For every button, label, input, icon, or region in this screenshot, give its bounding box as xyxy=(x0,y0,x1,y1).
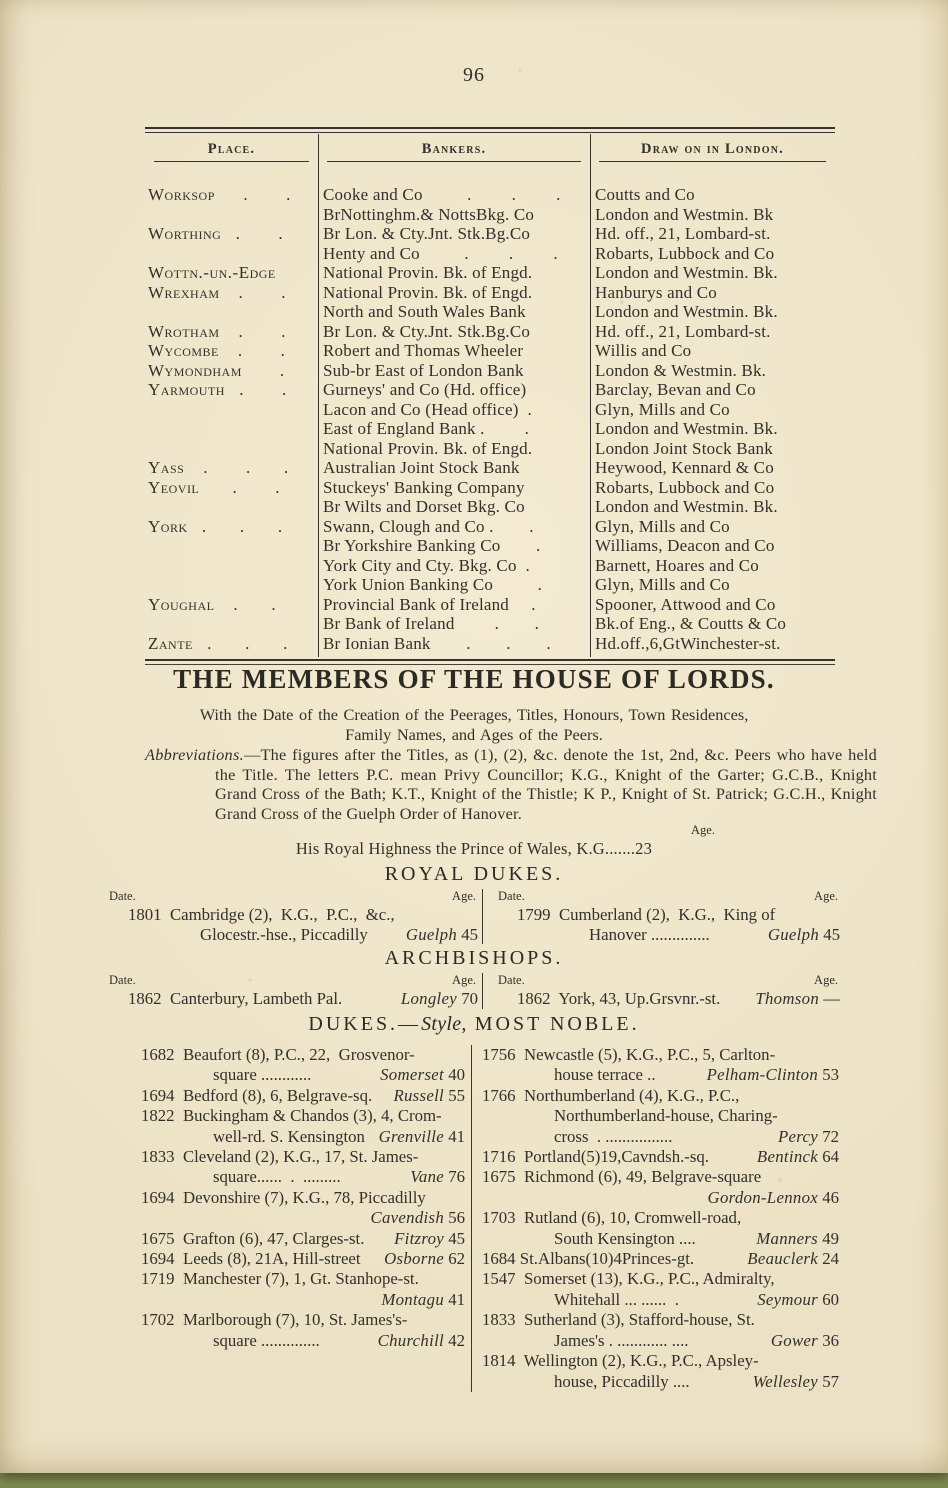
bankers-cell: Br Wilts and Dorset Bkg. Co xyxy=(318,497,590,517)
peer-entry-text: 1833 Cleveland (2), K.G., 17, St. James- xyxy=(141,1147,418,1167)
bankers-cell: Br Lon. & Cty.Jnt. Stk.Bg.Co xyxy=(318,322,590,342)
drawon-cell: Glyn, Mills and Co xyxy=(590,400,835,420)
drawon-cell: Glyn, Mills and Co xyxy=(590,575,835,595)
peer-entry-text: 1766 Northumberland (4), K.G., P.C., xyxy=(482,1086,739,1106)
peer-entry: 1694 Leeds (8), 21A, Hill-streetOsborne … xyxy=(141,1249,465,1269)
table-row: Worksop . .Cooke and Co . . .Coutts and … xyxy=(145,185,835,205)
peer-entry-line: 1547 Somerset (13), K.G., P.C., Admiralt… xyxy=(482,1269,839,1289)
drawon-cell: Willis and Co xyxy=(590,341,835,361)
drawon-cell: London and Westmin. Bk xyxy=(590,205,835,225)
peer-entry: 1814 Wellington (2), K.G., P.C., Apsley-… xyxy=(482,1351,839,1392)
peer-entry: 1682 Beaufort (8), P.C., 22, Grosvenor-s… xyxy=(141,1045,465,1086)
column-label-row: Date. Age. xyxy=(496,973,840,987)
peer-surname-age: Osborne 62 xyxy=(384,1249,465,1269)
table-row: Br Bank of Ireland . .Bk.of Eng., & Cout… xyxy=(145,614,835,634)
peer-entry-text: cross . ................ xyxy=(554,1127,672,1147)
peer-entry-line: 1833 Sutherland (3), Stafford-house, St. xyxy=(482,1310,839,1330)
peer-entry-text: Glocestr.-hse., Piccadilly xyxy=(200,925,368,945)
prince-of-wales-line: His Royal Highness the Prince of Wales, … xyxy=(104,839,844,859)
peer-entry-line: 1703 Rutland (6), 10, Cromwell-road, xyxy=(482,1208,839,1228)
peer-surname-age: Guelph 45 xyxy=(768,925,840,945)
bankers-table-body: Worksop . .Cooke and Co . . .Coutts and … xyxy=(145,178,835,658)
peer-surname-age: Pelham-Clinton 53 xyxy=(707,1065,839,1085)
peer-entry-line: cross . ................Percy 72 xyxy=(482,1127,839,1147)
drawon-cell: London & Westmin. Bk. xyxy=(590,361,835,381)
peer-entry: 1702 Marlborough (7), 10, St. James's-sq… xyxy=(141,1310,465,1351)
peer-entry-text: James's . ............ .... xyxy=(554,1331,688,1351)
place-cell xyxy=(145,556,318,576)
bankers-cell: York Union Banking Co . xyxy=(318,575,590,595)
peer-entry-text: 1547 Somerset (13), K.G., P.C., Admiralt… xyxy=(482,1269,775,1289)
archbishops-heading: ARCHBISHOPS. xyxy=(104,947,844,970)
place-cell: Yarmouth . . xyxy=(145,380,318,400)
peer-entry-line: Hanover ..............Guelph 45 xyxy=(496,925,840,945)
table-row: Henty and Co . . .Robarts, Lubbock and C… xyxy=(145,244,835,264)
place-cell xyxy=(145,439,318,459)
subtitle-line: Family Names, and Ages of the Peers. xyxy=(104,725,844,745)
place-cell xyxy=(145,497,318,517)
peer-entry: 1833 Cleveland (2), K.G., 17, St. James-… xyxy=(141,1147,465,1188)
drawon-cell: Bk.of Eng., & Coutts & Co xyxy=(590,614,835,634)
table-row: York City and Cty. Bkg. Co .Barnett, Hoa… xyxy=(145,556,835,576)
peer-entry-text: 1702 Marlborough (7), 10, St. James's- xyxy=(141,1310,407,1330)
peer-entry-text: 1675 Richmond (6), 49, Belgrave-square xyxy=(482,1167,761,1187)
peer-surname-age: Beauclerk 24 xyxy=(747,1249,839,1269)
peer-entry-line: Cavendish 56 xyxy=(141,1208,465,1228)
table-row: Lacon and Co (Head office) .Glyn, Mills … xyxy=(145,400,835,420)
place-cell xyxy=(145,575,318,595)
peer-entry: 1684 St.Albans(10)4Princes-gt.Beauclerk … xyxy=(482,1249,839,1269)
peer-entry-text: house, Piccadilly .... xyxy=(554,1372,690,1392)
date-column-label: Date. xyxy=(498,973,525,987)
peer-entry: 1862 York, 43, Up.Grsvnr.-st.Thomson — xyxy=(496,989,840,1009)
peer-entry-line: 1716 Portland(5)19,Cavndsh.-sq.Bentinck … xyxy=(482,1147,839,1167)
bankers-cell: Sub-br East of London Bank xyxy=(318,361,590,381)
house-of-lords-section: THE MEMBERS OF THE HOUSE OF LORDS. With … xyxy=(104,660,844,1473)
table-row: Yeovil . .Stuckeys' Banking CompanyRobar… xyxy=(145,478,835,498)
peer-entry-text: square...... . ......... xyxy=(213,1167,341,1187)
peer-entry-line: well-rd. S. KensingtonGrenville 41 xyxy=(141,1127,465,1147)
age-column-label: Age. xyxy=(691,823,715,838)
peer-surname-age: Percy 72 xyxy=(778,1127,839,1147)
drawon-cell: Spooner, Attwood and Co xyxy=(590,595,835,615)
drawon-cell: London Joint Stock Bank xyxy=(590,439,835,459)
peer-entry-text: 1703 Rutland (6), 10, Cromwell-road, xyxy=(482,1208,741,1228)
subtitle-line: With the Date of the Creation of the Pee… xyxy=(104,705,844,725)
bankers-cell: Br Bank of Ireland . . xyxy=(318,614,590,634)
peer-surname-age: Vane 76 xyxy=(410,1167,465,1187)
peer-entry: 1719 Manchester (7), 1, Gt. Stanhope-st.… xyxy=(141,1269,465,1310)
peer-entry-text: 1694 Leeds (8), 21A, Hill-street xyxy=(141,1249,361,1269)
peer-entry-text: 1675 Grafton (6), 47, Clarges-st. xyxy=(141,1229,364,1249)
peer-surname-age: Wellesley 57 xyxy=(753,1372,839,1392)
peer-entry-line: Montagu 41 xyxy=(141,1290,465,1310)
bankers-cell: National Provin. Bk. of Engd. xyxy=(318,263,590,283)
table-row: BrNottinghm.& NottsBkg. CoLondon and Wes… xyxy=(145,205,835,225)
peer-surname-age: Fitzroy 45 xyxy=(394,1229,465,1249)
drawon-cell: Barnett, Hoares and Co xyxy=(590,556,835,576)
peer-surname-age: Russell 55 xyxy=(393,1086,465,1106)
peer-entry-text: 1716 Portland(5)19,Cavndsh.-sq. xyxy=(482,1147,709,1167)
peer-entry-text: 1684 St.Albans(10)4Princes-gt. xyxy=(482,1249,694,1269)
peer-entry-text: 1719 Manchester (7), 1, Gt. Stanhope-st. xyxy=(141,1269,419,1289)
table-row: Wrexham . .National Provin. Bk. of Engd.… xyxy=(145,283,835,303)
drawon-cell: Robarts, Lubbock and Co xyxy=(590,244,835,264)
place-cell: Yass . . . xyxy=(145,458,318,478)
drawon-cell: Heywood, Kennard & Co xyxy=(590,458,835,478)
peer-entry: 1703 Rutland (6), 10, Cromwell-road,Sout… xyxy=(482,1208,839,1249)
peer-entry: 1801 Cambridge (2), K.G., P.C., &c.,Gloc… xyxy=(107,905,478,944)
peer-entry: 1833 Sutherland (3), Stafford-house, St.… xyxy=(482,1310,839,1351)
dukes-left-column: 1682 Beaufort (8), P.C., 22, Grosvenor-s… xyxy=(141,1045,471,1392)
peer-entry-text: 1694 Devonshire (7), K.G., 78, Piccadill… xyxy=(141,1188,426,1208)
peer-surname-age: Cavendish 56 xyxy=(370,1208,465,1228)
bankers-cell: Robert and Thomas Wheeler xyxy=(318,341,590,361)
peer-entry-line: 1694 Leeds (8), 21A, Hill-streetOsborne … xyxy=(141,1249,465,1269)
header-cell-place: Place. xyxy=(145,141,318,178)
peer-entry-text: 1694 Bedford (8), 6, Belgrave-sq. xyxy=(141,1086,372,1106)
header-label-bankers: Bankers. xyxy=(422,141,487,157)
peer-entry: 1862 Canterbury, Lambeth Pal.Longley 70 xyxy=(107,989,478,1009)
bankers-table-header: Place. Bankers. Draw on in London. xyxy=(145,133,835,178)
peer-entry-text: South Kensington .... xyxy=(554,1229,696,1249)
place-cell: Worthing . . xyxy=(145,224,318,244)
abbreviations-paragraph: Abbreviations.—The figures after the Tit… xyxy=(145,745,877,823)
place-cell: Wottn.-un.-Edge xyxy=(145,263,318,283)
drawon-cell: Williams, Deacon and Co xyxy=(590,536,835,556)
place-cell: Worksop . . xyxy=(145,185,318,205)
peer-entry-line: Whitehall ... ...... .Seymour 60 xyxy=(482,1290,839,1310)
peer-entry-text: well-rd. S. Kensington xyxy=(213,1127,365,1147)
peer-entry-text: square ............ xyxy=(213,1065,311,1085)
peer-surname-age: Guelph 45 xyxy=(406,925,478,945)
dukes-right-column: 1756 Newcastle (5), K.G., P.C., 5, Carlt… xyxy=(472,1045,844,1392)
table-row: Yass . . .Australian Joint Stock BankHey… xyxy=(145,458,835,478)
bankers-cell: National Provin. Bk. of Engd. xyxy=(318,283,590,303)
peer-entry-line: 1675 Grafton (6), 47, Clarges-st.Fitzroy… xyxy=(141,1229,465,1249)
peer-entry-line: 1684 St.Albans(10)4Princes-gt.Beauclerk … xyxy=(482,1249,839,1269)
header-label-draw-on-in-london: Draw on in London. xyxy=(641,141,784,157)
bankers-cell: Henty and Co . . . xyxy=(318,244,590,264)
table-row: Br Yorkshire Banking Co .Williams, Deaco… xyxy=(145,536,835,556)
peer-entry: 1694 Bedford (8), 6, Belgrave-sq.Russell… xyxy=(141,1086,465,1106)
table-row: Wottn.-un.-EdgeNational Provin. Bk. of E… xyxy=(145,263,835,283)
peer-entry-line: 1799 Cumberland (2), K.G., King of xyxy=(496,905,840,925)
peer-entry-list: 1801 Cambridge (2), K.G., P.C., &c.,Gloc… xyxy=(107,905,478,944)
bankers-cell: East of England Bank . . xyxy=(318,419,590,439)
place-cell xyxy=(145,205,318,225)
peer-entry-line: 1766 Northumberland (4), K.G., P.C., xyxy=(482,1086,839,1106)
royal-dukes-left-column: Date. Age. 1801 Cambridge (2), K.G., P.C… xyxy=(104,889,482,944)
peer-entry-text: 1756 Newcastle (5), K.G., P.C., 5, Carlt… xyxy=(482,1045,775,1065)
peer-entry-line: Gordon-Lennox 46 xyxy=(482,1188,839,1208)
peer-entry: 1766 Northumberland (4), K.G., P.C.,Nort… xyxy=(482,1086,839,1147)
age-column-label: Age. xyxy=(814,973,838,987)
peer-entry-text: 1862 York, 43, Up.Grsvnr.-st. xyxy=(517,989,720,1009)
place-cell: Wymondham . xyxy=(145,361,318,381)
bankers-cell: BrNottinghm.& NottsBkg. Co xyxy=(318,205,590,225)
peer-entry-list: 1682 Beaufort (8), P.C., 22, Grosvenor-s… xyxy=(141,1045,465,1351)
peer-entry-text: 1862 Canterbury, Lambeth Pal. xyxy=(128,989,342,1009)
table-row: Zante . . .Br Ionian Bank . . .Hd.off.,6… xyxy=(145,634,835,654)
archbishops-right-column: Date. Age. 1862 York, 43, Up.Grsvnr.-st.… xyxy=(483,973,844,1009)
place-cell xyxy=(145,614,318,634)
peer-entry-line: Glocestr.-hse., PiccadillyGuelph 45 xyxy=(107,925,478,945)
peer-entry-line: South Kensington ....Manners 49 xyxy=(482,1229,839,1249)
place-cell: Wrexham . . xyxy=(145,283,318,303)
peer-entry-line: square ............Somerset 40 xyxy=(141,1065,465,1085)
peer-surname-age: Manners 49 xyxy=(756,1229,839,1249)
bankers-cell: National Provin. Bk. of Engd. xyxy=(318,439,590,459)
peer-surname-age: Thomson — xyxy=(755,989,840,1009)
column-label-row: Date. Age. xyxy=(496,889,840,903)
peer-entry-line: James's . ............ ....Gower 36 xyxy=(482,1331,839,1351)
date-column-label: Date. xyxy=(109,973,136,987)
peer-entry: 1547 Somerset (13), K.G., P.C., Admiralt… xyxy=(482,1269,839,1310)
peer-entry: 1799 Cumberland (2), K.G., King ofHanove… xyxy=(496,905,840,944)
peer-surname-age: Gordon-Lennox 46 xyxy=(708,1188,839,1208)
drawon-cell: London and Westmin. Bk. xyxy=(590,419,835,439)
peer-entry-line: square ..............Churchill 42 xyxy=(141,1331,465,1351)
table-row: Br Wilts and Dorset Bkg. CoLondon and We… xyxy=(145,497,835,517)
peer-entry: 1694 Devonshire (7), K.G., 78, Piccadill… xyxy=(141,1188,465,1229)
bankers-cell: Provincial Bank of Ireland . xyxy=(318,595,590,615)
peer-surname-age: Somerset 40 xyxy=(380,1065,465,1085)
book-page: 96 Place. Bankers. Draw on in London. Wo… xyxy=(0,0,948,1473)
place-cell xyxy=(145,244,318,264)
peer-entry-line: 1702 Marlborough (7), 10, St. James's- xyxy=(141,1310,465,1330)
peer-entry: 1716 Portland(5)19,Cavndsh.-sq.Bentinck … xyxy=(482,1147,839,1167)
peer-entry-line: 1694 Devonshire (7), K.G., 78, Piccadill… xyxy=(141,1188,465,1208)
peer-entry-line: 1833 Cleveland (2), K.G., 17, St. James- xyxy=(141,1147,465,1167)
bankers-table: Place. Bankers. Draw on in London. Works… xyxy=(145,127,835,665)
archbishops-left-column: Date. Age. 1862 Canterbury, Lambeth Pal.… xyxy=(104,973,482,1009)
place-cell: Youghal . . xyxy=(145,595,318,615)
peer-entry-line: house, Piccadilly ....Wellesley 57 xyxy=(482,1372,839,1392)
table-row: East of England Bank . .London and Westm… xyxy=(145,419,835,439)
drawon-cell: Glyn, Mills and Co xyxy=(590,517,835,537)
peer-entry: 1822 Buckingham & Chandos (3), 4, Crom-w… xyxy=(141,1106,465,1147)
peer-entry-list: 1862 Canterbury, Lambeth Pal.Longley 70 xyxy=(107,989,478,1009)
peer-entry: 1675 Grafton (6), 47, Clarges-st.Fitzroy… xyxy=(141,1229,465,1249)
age-column-label: Age. xyxy=(814,889,838,903)
drawon-cell: London and Westmin. Bk. xyxy=(590,263,835,283)
peer-entry-list: 1862 York, 43, Up.Grsvnr.-st.Thomson — xyxy=(496,989,840,1009)
peer-entry-line: 1756 Newcastle (5), K.G., P.C., 5, Carlt… xyxy=(482,1045,839,1065)
peer-entry-line: Northumberland-house, Charing- xyxy=(482,1106,839,1126)
peer-entry-line: 1675 Richmond (6), 49, Belgrave-square xyxy=(482,1167,839,1187)
bankers-cell: Br Ionian Bank . . . xyxy=(318,634,590,654)
peer-entry-text: Northumberland-house, Charing- xyxy=(554,1106,778,1126)
peer-entry-text: Whitehall ... ...... . xyxy=(554,1290,679,1310)
place-cell: Wycombe . . xyxy=(145,341,318,361)
royal-dukes-right-column: Date. Age. 1799 Cumberland (2), K.G., Ki… xyxy=(483,889,844,944)
header-underline xyxy=(327,161,581,162)
peer-surname-age: Churchill 42 xyxy=(378,1331,465,1351)
peer-entry-text: square .............. xyxy=(213,1331,320,1351)
peer-entry: 1675 Richmond (6), 49, Belgrave-squareGo… xyxy=(482,1167,839,1208)
bankers-cell: Swann, Clough and Co . . xyxy=(318,517,590,537)
table-row: Wycombe . .Robert and Thomas WheelerWill… xyxy=(145,341,835,361)
place-cell xyxy=(145,302,318,322)
column-label-row: Date. Age. xyxy=(107,973,478,987)
bankers-cell: Br Lon. & Cty.Jnt. Stk.Bg.Co xyxy=(318,224,590,244)
drawon-cell: Hd. off., 21, Lombard-st. xyxy=(590,322,835,342)
bankers-cell: Br Yorkshire Banking Co . xyxy=(318,536,590,556)
age-column-label: Age. xyxy=(452,973,476,987)
section-subtitle: With the Date of the Creation of the Pee… xyxy=(104,705,844,744)
peer-surname-age: Bentinck 64 xyxy=(757,1147,839,1167)
peer-entry-text: 1814 Wellington (2), K.G., P.C., Apsley- xyxy=(482,1351,759,1371)
bankers-cell: Gurneys' and Co (Hd. office) xyxy=(318,380,590,400)
header-cell-bankers: Bankers. xyxy=(318,141,590,178)
peer-entry-text: 1822 Buckingham & Chandos (3), 4, Crom- xyxy=(141,1106,442,1126)
table-row: York . . .Swann, Clough and Co . .Glyn, … xyxy=(145,517,835,537)
date-column-label: Date. xyxy=(498,889,525,903)
peer-surname-age: Seymour 60 xyxy=(757,1290,839,1310)
bankers-cell: Stuckeys' Banking Company xyxy=(318,478,590,498)
table-row: National Provin. Bk. of Engd.London Join… xyxy=(145,439,835,459)
bankers-cell: Cooke and Co . . . xyxy=(318,185,590,205)
header-cell-draw-on-in-london: Draw on in London. xyxy=(590,141,835,178)
peer-entry-line: 1694 Bedford (8), 6, Belgrave-sq.Russell… xyxy=(141,1086,465,1106)
peer-entry-line: house terrace ..Pelham-Clinton 53 xyxy=(482,1065,839,1085)
drawon-cell: Barclay, Bevan and Co xyxy=(590,380,835,400)
drawon-cell: Hanburys and Co xyxy=(590,283,835,303)
drawon-cell: Coutts and Co xyxy=(590,185,835,205)
royal-dukes-columns: Date. Age. 1801 Cambridge (2), K.G., P.C… xyxy=(104,889,844,944)
bankers-cell: North and South Wales Bank xyxy=(318,302,590,322)
table-column-divider xyxy=(590,134,591,657)
peer-surname-age: Grenville 41 xyxy=(379,1127,465,1147)
peer-entry-line: square...... . .........Vane 76 xyxy=(141,1167,465,1187)
drawon-cell: Hd. off., 21, Lombard-st. xyxy=(590,224,835,244)
section-title: THE MEMBERS OF THE HOUSE OF LORDS. xyxy=(104,664,844,695)
drawon-cell: Robarts, Lubbock and Co xyxy=(590,478,835,498)
peer-entry-text: 1833 Sutherland (3), Stafford-house, St. xyxy=(482,1310,755,1330)
place-cell: Wrotham . . xyxy=(145,322,318,342)
header-label-place: Place. xyxy=(208,141,255,157)
peer-entry-text: 1682 Beaufort (8), P.C., 22, Grosvenor- xyxy=(141,1045,415,1065)
peer-entry-list: 1756 Newcastle (5), K.G., P.C., 5, Carlt… xyxy=(482,1045,839,1392)
table-row: Yarmouth . .Gurneys' and Co (Hd. office)… xyxy=(145,380,835,400)
peer-entry-line: 1862 Canterbury, Lambeth Pal.Longley 70 xyxy=(107,989,478,1009)
place-cell: York . . . xyxy=(145,517,318,537)
bankers-cell: York City and Cty. Bkg. Co . xyxy=(318,556,590,576)
date-column-label: Date. xyxy=(109,889,136,903)
peer-surname-age: Longley 70 xyxy=(401,989,478,1009)
dukes-columns: 1682 Beaufort (8), P.C., 22, Grosvenor-s… xyxy=(104,1045,844,1392)
header-underline xyxy=(599,161,826,162)
peer-entry-text: Hanover .............. xyxy=(589,925,710,945)
table-row: Wrotham . .Br Lon. & Cty.Jnt. Stk.Bg.CoH… xyxy=(145,322,835,342)
place-cell: Yeovil . . xyxy=(145,478,318,498)
bankers-cell: Australian Joint Stock Bank xyxy=(318,458,590,478)
table-row: North and South Wales BankLondon and Wes… xyxy=(145,302,835,322)
drawon-cell: London and Westmin. Bk. xyxy=(590,497,835,517)
archbishops-columns: Date. Age. 1862 Canterbury, Lambeth Pal.… xyxy=(104,973,844,1009)
peer-entry-line: 1862 York, 43, Up.Grsvnr.-st.Thomson — xyxy=(496,989,840,1009)
royal-dukes-heading: ROYAL DUKES. xyxy=(104,863,844,886)
peer-surname-age: Gower 36 xyxy=(771,1331,839,1351)
peer-surname-age: Montagu 41 xyxy=(381,1290,465,1310)
table-column-divider xyxy=(318,134,319,657)
peer-entry-text: 1801 Cambridge (2), K.G., P.C., &c., xyxy=(128,905,395,925)
table-row: Worthing . .Br Lon. & Cty.Jnt. Stk.Bg.Co… xyxy=(145,224,835,244)
peer-entry-line: 1682 Beaufort (8), P.C., 22, Grosvenor- xyxy=(141,1045,465,1065)
page-number: 96 xyxy=(0,64,948,87)
peer-entry: 1756 Newcastle (5), K.G., P.C., 5, Carlt… xyxy=(482,1045,839,1086)
table-row: Youghal . .Provincial Bank of Ireland .S… xyxy=(145,595,835,615)
place-cell xyxy=(145,400,318,420)
peer-entry-line: 1822 Buckingham & Chandos (3), 4, Crom- xyxy=(141,1106,465,1126)
place-cell xyxy=(145,536,318,556)
column-label-row: Date. Age. xyxy=(107,889,478,903)
dukes-heading: DUKES.—Style, MOST NOBLE. xyxy=(104,1013,844,1036)
peer-entry-line: 1801 Cambridge (2), K.G., P.C., &c., xyxy=(107,905,478,925)
peer-entry-text: house terrace .. xyxy=(554,1065,656,1085)
bankers-cell: Lacon and Co (Head office) . xyxy=(318,400,590,420)
peer-entry-text: 1799 Cumberland (2), K.G., King of xyxy=(517,905,775,925)
drawon-cell: Hd.off.,6,GtWinchester-st. xyxy=(590,634,835,654)
age-column-label: Age. xyxy=(452,889,476,903)
drawon-cell: London and Westmin. Bk. xyxy=(590,302,835,322)
table-row: Wymondham .Sub-br East of London BankLon… xyxy=(145,361,835,381)
table-row: York Union Banking Co .Glyn, Mills and C… xyxy=(145,575,835,595)
place-cell: Zante . . . xyxy=(145,634,318,654)
header-underline xyxy=(154,161,309,162)
peer-entry-list: 1799 Cumberland (2), K.G., King ofHanove… xyxy=(496,905,840,944)
peer-entry-line: 1814 Wellington (2), K.G., P.C., Apsley- xyxy=(482,1351,839,1371)
peer-entry-line: 1719 Manchester (7), 1, Gt. Stanhope-st. xyxy=(141,1269,465,1289)
place-cell xyxy=(145,419,318,439)
